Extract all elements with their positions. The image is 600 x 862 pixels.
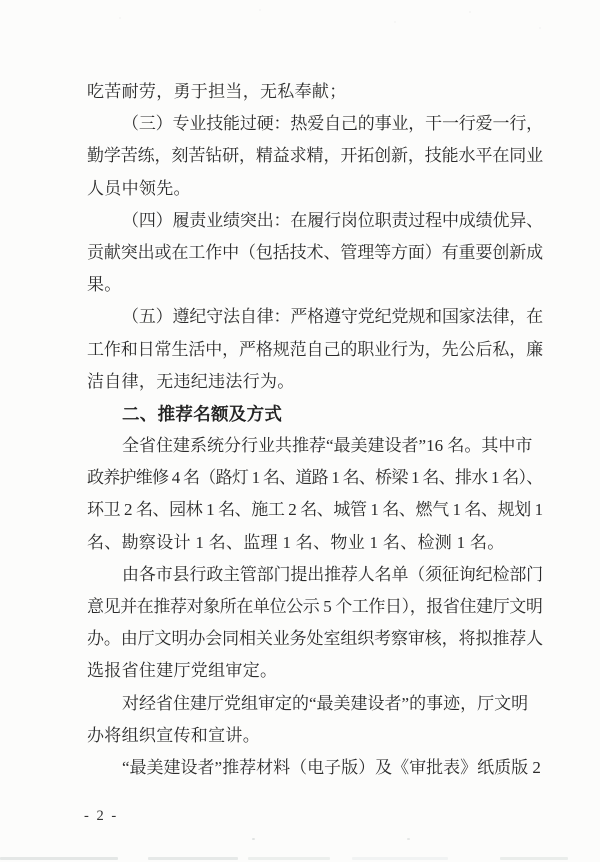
scan-artifact-dot bbox=[252, 838, 255, 840]
text-line: 办将组织宣传和宣讲。 bbox=[87, 720, 543, 752]
text-line: 环卫 2 名、园林 1 名、施工 2 名、城管 1 名、燃气 1 名、规划 1 bbox=[87, 494, 543, 526]
text-line: 全省住建系统分行业共推荐“最美建设者”16 名。其中市 bbox=[87, 430, 543, 462]
text-line: （三）专业技能过硬：热爱自己的事业，干一行爱一行， bbox=[87, 108, 543, 140]
text-line: 贡献突出或在工作中（包括技术、管理等方面）有重要创新成 bbox=[87, 237, 543, 269]
scan-artifact-line bbox=[500, 857, 568, 860]
text-line: 选报省住建厅党组审定。 bbox=[87, 655, 543, 687]
text-line: 由各市县行政主管部门提出推荐人名单（须征询纪检部门 bbox=[87, 559, 543, 591]
text-line: 名、勘察设计 1 名、监理 1 名、物业 1 名、检测 1 名。 bbox=[87, 527, 543, 559]
text-line: 吃苦耐劳，勇于担当，无私奉献； bbox=[87, 76, 543, 108]
text-line: 人员中领先。 bbox=[87, 173, 543, 205]
scan-artifact-line bbox=[352, 857, 448, 860]
page-number: - 2 - bbox=[84, 806, 118, 826]
text-line: 洁自律，无违纪违法行为。 bbox=[87, 366, 543, 398]
text-line: （四）履责业绩突出：在履行岗位职责过程中成绩优异、 bbox=[87, 205, 543, 237]
text-line: “最美建设者”推荐材料（电子版）及《审批表》纸质版 2 bbox=[87, 752, 543, 784]
text-line: （五）遵纪守法自律：严格遵守党纪党规和国家法律，在 bbox=[87, 301, 543, 333]
text-line: 办。由厅文明办会同相关业务处室组织考察审核，将拟推荐人 bbox=[87, 623, 543, 655]
section-heading: 二、推荐名额及方式 bbox=[87, 398, 543, 430]
text-line: 对经省住建厅党组审定的“最美建设者”的事迹，厅文明 bbox=[87, 688, 543, 720]
scan-artifact-dot bbox=[407, 838, 410, 840]
text-line: 勤学苦练，刻苦钻研，精益求精，开拓创新，技能水平在同业 bbox=[87, 140, 543, 172]
text-line: 工作和日常生活中，严格规范自己的职业行为，先公后私，廉 bbox=[87, 334, 543, 366]
scan-artifact-line bbox=[0, 857, 118, 860]
scan-artifact-line bbox=[148, 857, 238, 860]
scan-artifact-line bbox=[248, 857, 330, 860]
text-line: 果。 bbox=[87, 269, 543, 301]
text-line: 意见并在推荐对象所在单位公示 5 个工作日），报省住建厅文明 bbox=[87, 591, 543, 623]
document-text: 吃苦耐劳，勇于担当，无私奉献；（三）专业技能过硬：热爱自己的事业，干一行爱一行，… bbox=[87, 76, 543, 784]
text-line: 政养护维修 4 名（路灯 1 名、道路 1 名、桥梁 1 名、排水 1 名）、 bbox=[87, 462, 543, 494]
scanned-page: 吃苦耐劳，勇于担当，无私奉献；（三）专业技能过硬：热爱自己的事业，干一行爱一行，… bbox=[0, 0, 600, 862]
